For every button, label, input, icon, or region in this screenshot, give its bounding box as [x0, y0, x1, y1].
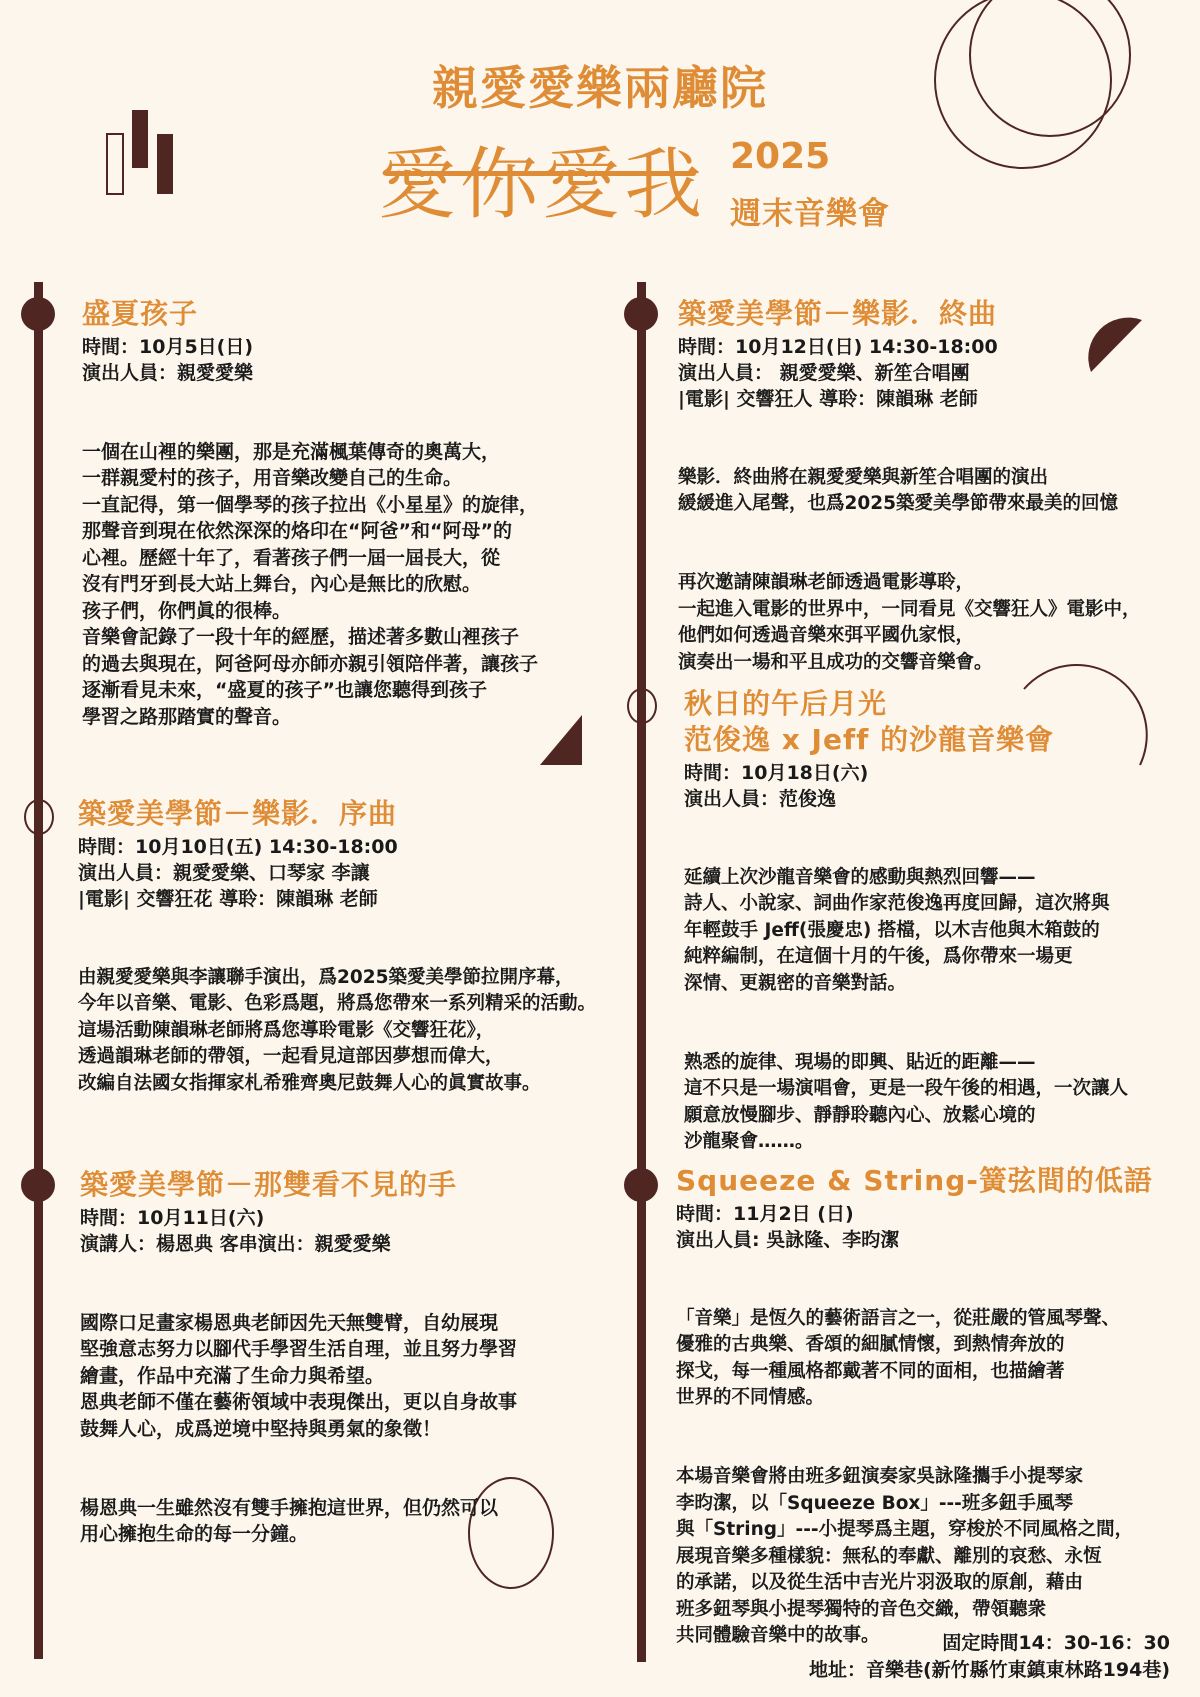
event-time: 時間：10月18日(六) [684, 760, 1200, 786]
timeline-dot-filled-icon [624, 297, 658, 331]
timeline-dot-filled-icon [21, 1168, 55, 1202]
event-time: 時間：11月2日 (日) [676, 1201, 1200, 1227]
left-timeline [34, 282, 43, 1659]
event-autumn-salon: 秋日的午后月光 范俊逸 x Jeff 的沙龍音樂會 時間：10月18日(六) 演… [684, 686, 1200, 1208]
event-description: 樂影．終曲將在親愛愛樂與新笙合唱團的演出 緩緩進入尾聲，也爲2025築愛美學節帶… [678, 438, 1198, 729]
event-performers: 演出人員： 親愛愛樂、新笙合唱團 [678, 360, 1198, 386]
event-film-guide: |電影| 交響狂花 導聆：陳韻琳 老師 [78, 886, 638, 912]
event-speaker: 演講人：楊恩典 客串演出：親愛愛樂 [80, 1231, 620, 1257]
description-paragraph: 延續上次沙龍音樂會的感動與熱烈回響—— 詩人、小說家、詞曲作家范俊逸再度回歸，這… [684, 865, 1200, 998]
event-title: 盛夏孩子 [82, 296, 622, 332]
event-summer-children: 盛夏孩子 時間：10月5日(日) 演出人員：親愛愛樂 一個在山裡的樂團，那是充滿… [82, 296, 622, 783]
description-paragraph: 一個在山裡的樂團，那是充滿楓葉傳奇的奧萬大， 一群親愛村的孩子，用音樂改變自己的… [82, 439, 622, 731]
description-paragraph: 再次邀請陳韻琳老師透過電影導聆， 一起進入電影的世界中，一同看見《交響狂人》電影… [678, 570, 1198, 676]
bars-logo-icon [106, 110, 174, 196]
fixed-time: 固定時間14：30-16：30 [809, 1630, 1170, 1657]
description-paragraph: 由親愛愛樂與李讓聯手演出，爲2025築愛美學節拉開序幕， 今年以音樂、電影、色彩… [78, 965, 638, 1098]
timeline-dot-ring-icon [627, 688, 657, 724]
footer-info: 固定時間14：30-16：30 地址：音樂巷(新竹縣竹東鎮東林路194巷) [809, 1630, 1170, 1684]
event-film-guide: |電影| 交響狂人 導聆：陳韻琳 老師 [678, 386, 1198, 412]
event-title: 築愛美學節－那雙看不見的手 [80, 1167, 620, 1203]
event-time: 時間：10月12日(日) 14:30-18:00 [678, 334, 1198, 360]
event-description: 一個在山裡的樂團，那是充滿楓葉傳奇的奧萬大， 一群親愛村的孩子，用音樂改變自己的… [82, 412, 622, 783]
event-invisible-hands: 築愛美學節－那雙看不見的手 時間：10月11日(六) 演講人：楊恩典 客串演出：… [80, 1167, 620, 1600]
event-time: 時間：10月11日(六) [80, 1205, 620, 1231]
event-performers: 演出人員：親愛愛樂 [82, 360, 622, 386]
description-paragraph: 本場音樂會將由班多鈕演奏家吳詠隆攜手小提琴家 李昀潔，以「Squeeze Box… [676, 1464, 1200, 1650]
description-paragraph: 樂影．終曲將在親愛愛樂與新笙合唱團的演出 緩緩進入尾聲，也爲2025築愛美學節帶… [678, 465, 1198, 518]
address: 地址：音樂巷(新竹縣竹東鎮東林路194巷) [809, 1657, 1170, 1684]
event-description: 由親愛愛樂與李讓聯手演出，爲2025築愛美學節拉開序幕， 今年以音樂、電影、色彩… [78, 938, 638, 1150]
event-title: 秋日的午后月光 范俊逸 x Jeff 的沙龍音樂會 [684, 686, 1200, 758]
event-title: 築愛美學節－樂影．終曲 [678, 296, 1198, 332]
event-performers: 演出人員: 吳詠隆、李昀潔 [676, 1227, 1200, 1253]
right-timeline [637, 282, 646, 1662]
event-title: 築愛美學節－樂影．序曲 [78, 796, 638, 832]
event-prelude: 築愛美學節－樂影．序曲 時間：10月10日(五) 14:30-18:00 演出人… [78, 796, 638, 1150]
event-description: 延續上次沙龍音樂會的感動與熱烈回響—— 詩人、小說家、詞曲作家范俊逸再度回歸，這… [684, 838, 1200, 1208]
event-finale: 築愛美學節－樂影．終曲 時間：10月12日(日) 14:30-18:00 演出人… [678, 296, 1198, 729]
event-time: 時間：10月5日(日) [82, 334, 622, 360]
timeline-dot-filled-icon [624, 1168, 658, 1202]
concert-subtitle: 週末音樂會 [730, 188, 890, 233]
description-paragraph: 熟悉的旋律、現場的即興、貼近的距離—— 這不只是一場演唱會，更是一段午後的相遇，… [684, 1050, 1200, 1156]
description-paragraph: 「音樂」是恆久的藝術語言之一，從莊嚴的管風琴聲、 優雅的古典樂、香頌的細膩情懷，… [676, 1306, 1200, 1412]
event-performers: 演出人員：范俊逸 [684, 786, 1200, 812]
event-squeeze-string: Squeeze & String-簧弦間的低語 時間：11月2日 (日) 演出人… [676, 1163, 1200, 1697]
year-label: 2025 [730, 136, 830, 177]
event-time: 時間：10月10日(五) 14:30-18:00 [78, 834, 638, 860]
timeline-dot-filled-icon [21, 297, 55, 331]
venue-title: 親愛愛樂兩廳院 [0, 52, 1200, 118]
description-paragraph: 楊恩典一生雖然沒有雙手擁抱這世界，但仍然可以 用心擁抱生命的每一分鐘。 [80, 1495, 620, 1548]
title-strike-line [384, 171, 696, 176]
event-title: Squeeze & String-簧弦間的低語 [676, 1163, 1200, 1199]
event-description: 國際口足畫家楊恩典老師因先天無雙臂，自幼展現 堅強意志努力以腳代手學習生活自理，… [80, 1283, 620, 1600]
description-paragraph: 國際口足畫家楊恩典老師因先天無雙臂，自幼展現 堅強意志努力以腳代手學習生活自理，… [80, 1310, 620, 1443]
timeline-dot-ring-icon [24, 799, 54, 835]
handwritten-title: 愛你愛我 [378, 130, 708, 240]
event-performers: 演出人員：親愛愛樂、口琴家 李讓 [78, 860, 638, 886]
